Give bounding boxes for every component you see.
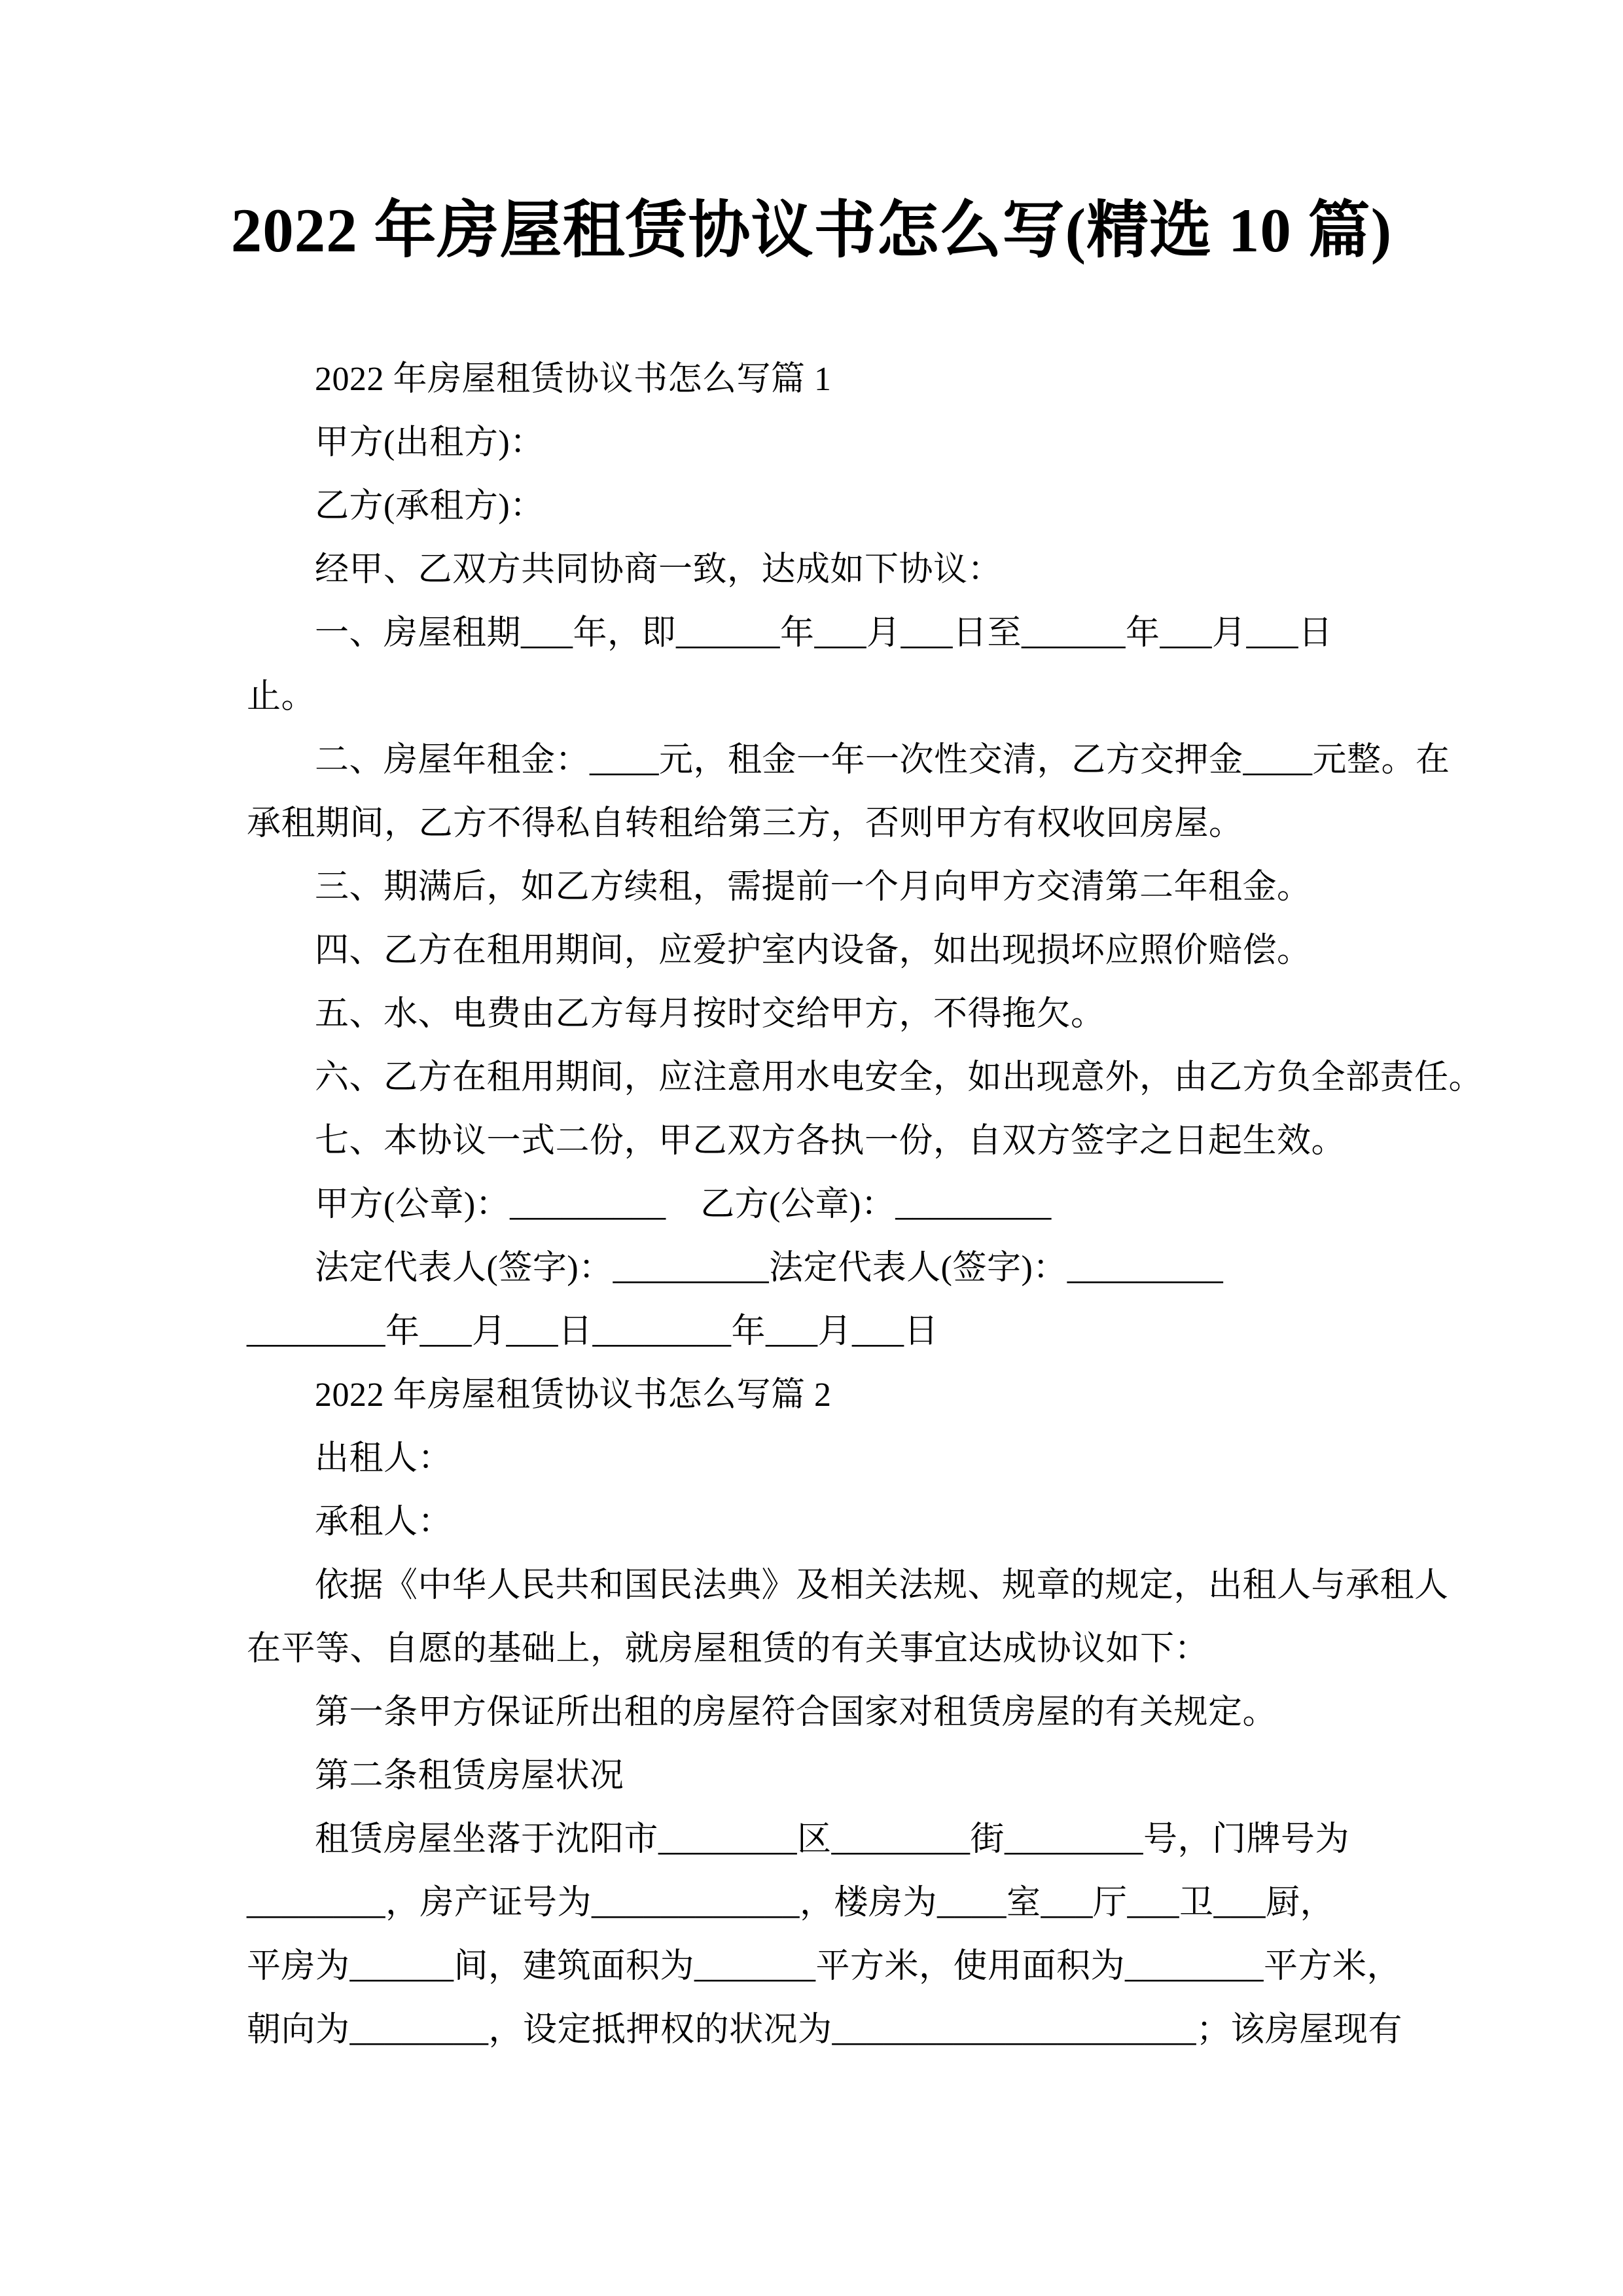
text-line-18: 出租人： [247, 1427, 1399, 1490]
document-body: 2022 年房屋租赁协议书怎么写篇 1甲方(出租方)：乙方(承租方)：经甲、乙双… [247, 348, 1399, 2062]
text-line-6: 止。 [247, 665, 1399, 728]
text-line-11: 五、水、电费由乙方每月按时交给甲方，不得拖欠。 [247, 982, 1399, 1046]
text-line-20: 依据《中华人民共和国民法典》及相关法规、规章的规定，出租人与承租人 [247, 1554, 1399, 1617]
text-line-23: 第二条租赁房屋状况 [247, 1744, 1399, 1808]
text-line-19: 承租人： [247, 1490, 1399, 1554]
text-line-3: 乙方(承租方)： [247, 475, 1399, 538]
text-line-21: 在平等、自愿的基础上，就房屋租赁的有关事宜达成协议如下： [247, 1617, 1399, 1681]
text-line-7: 二、房屋年租金：____元，租金一年一次性交清，乙方交押金____元整。在 [247, 728, 1399, 792]
text-line-12: 六、乙方在租用期间，应注意用水电安全，如出现意外，由乙方负全部责任。 [247, 1046, 1399, 1109]
text-line-27: 朝向为________，设定抵押权的状况为___________________… [247, 1998, 1399, 2062]
document-page: { "document": { "title": "2022 年房屋租赁协议书怎… [0, 0, 1623, 2296]
text-line-25: ________，房产证号为____________，楼房为____室___厅_… [247, 1871, 1399, 1935]
text-line-8: 承租期间，乙方不得私自转租给第三方，否则甲方有权收回房屋。 [247, 792, 1399, 855]
page: 2022 年房屋租赁协议书怎么写(精选 10 篇) 2022 年房屋租赁协议书怎… [0, 0, 1623, 2296]
text-line-9: 三、期满后，如乙方续租，需提前一个月向甲方交清第二年租金。 [247, 855, 1399, 919]
document-title: 2022 年房屋租赁协议书怎么写(精选 10 篇) [0, 194, 1623, 267]
text-line-22: 第一条甲方保证所出租的房屋符合国家对租赁房屋的有关规定。 [247, 1681, 1399, 1744]
text-line-2: 甲方(出租方)： [247, 411, 1399, 475]
text-line-26: 平房为______间，建筑面积为_______平方米，使用面积为________… [247, 1935, 1399, 1998]
text-line-16: ________年___月___日________年___月___日 [247, 1300, 1399, 1363]
text-line-10: 四、乙方在租用期间，应爱护室内设备，如出现损坏应照价赔偿。 [247, 919, 1399, 982]
text-line-17: 2022 年房屋租赁协议书怎么写篇 2 [247, 1363, 1399, 1427]
text-line-5: 一、房屋租期___年，即______年___月___日至______年___月_… [247, 601, 1399, 665]
text-line-1: 2022 年房屋租赁协议书怎么写篇 1 [247, 348, 1399, 411]
text-line-4: 经甲、乙双方共同协商一致，达成如下协议： [247, 538, 1399, 601]
text-line-24: 租赁房屋坐落于沈阳市________区________街________号，门牌… [247, 1808, 1399, 1871]
text-line-14: 甲方(公章)：_________ 乙方(公章)：_________ [247, 1173, 1399, 1236]
text-line-13: 七、本协议一式二份，甲乙双方各执一份，自双方签字之日起生效。 [247, 1109, 1399, 1173]
text-line-15: 法定代表人(签字)：_________法定代表人(签字)：_________ [247, 1236, 1399, 1300]
